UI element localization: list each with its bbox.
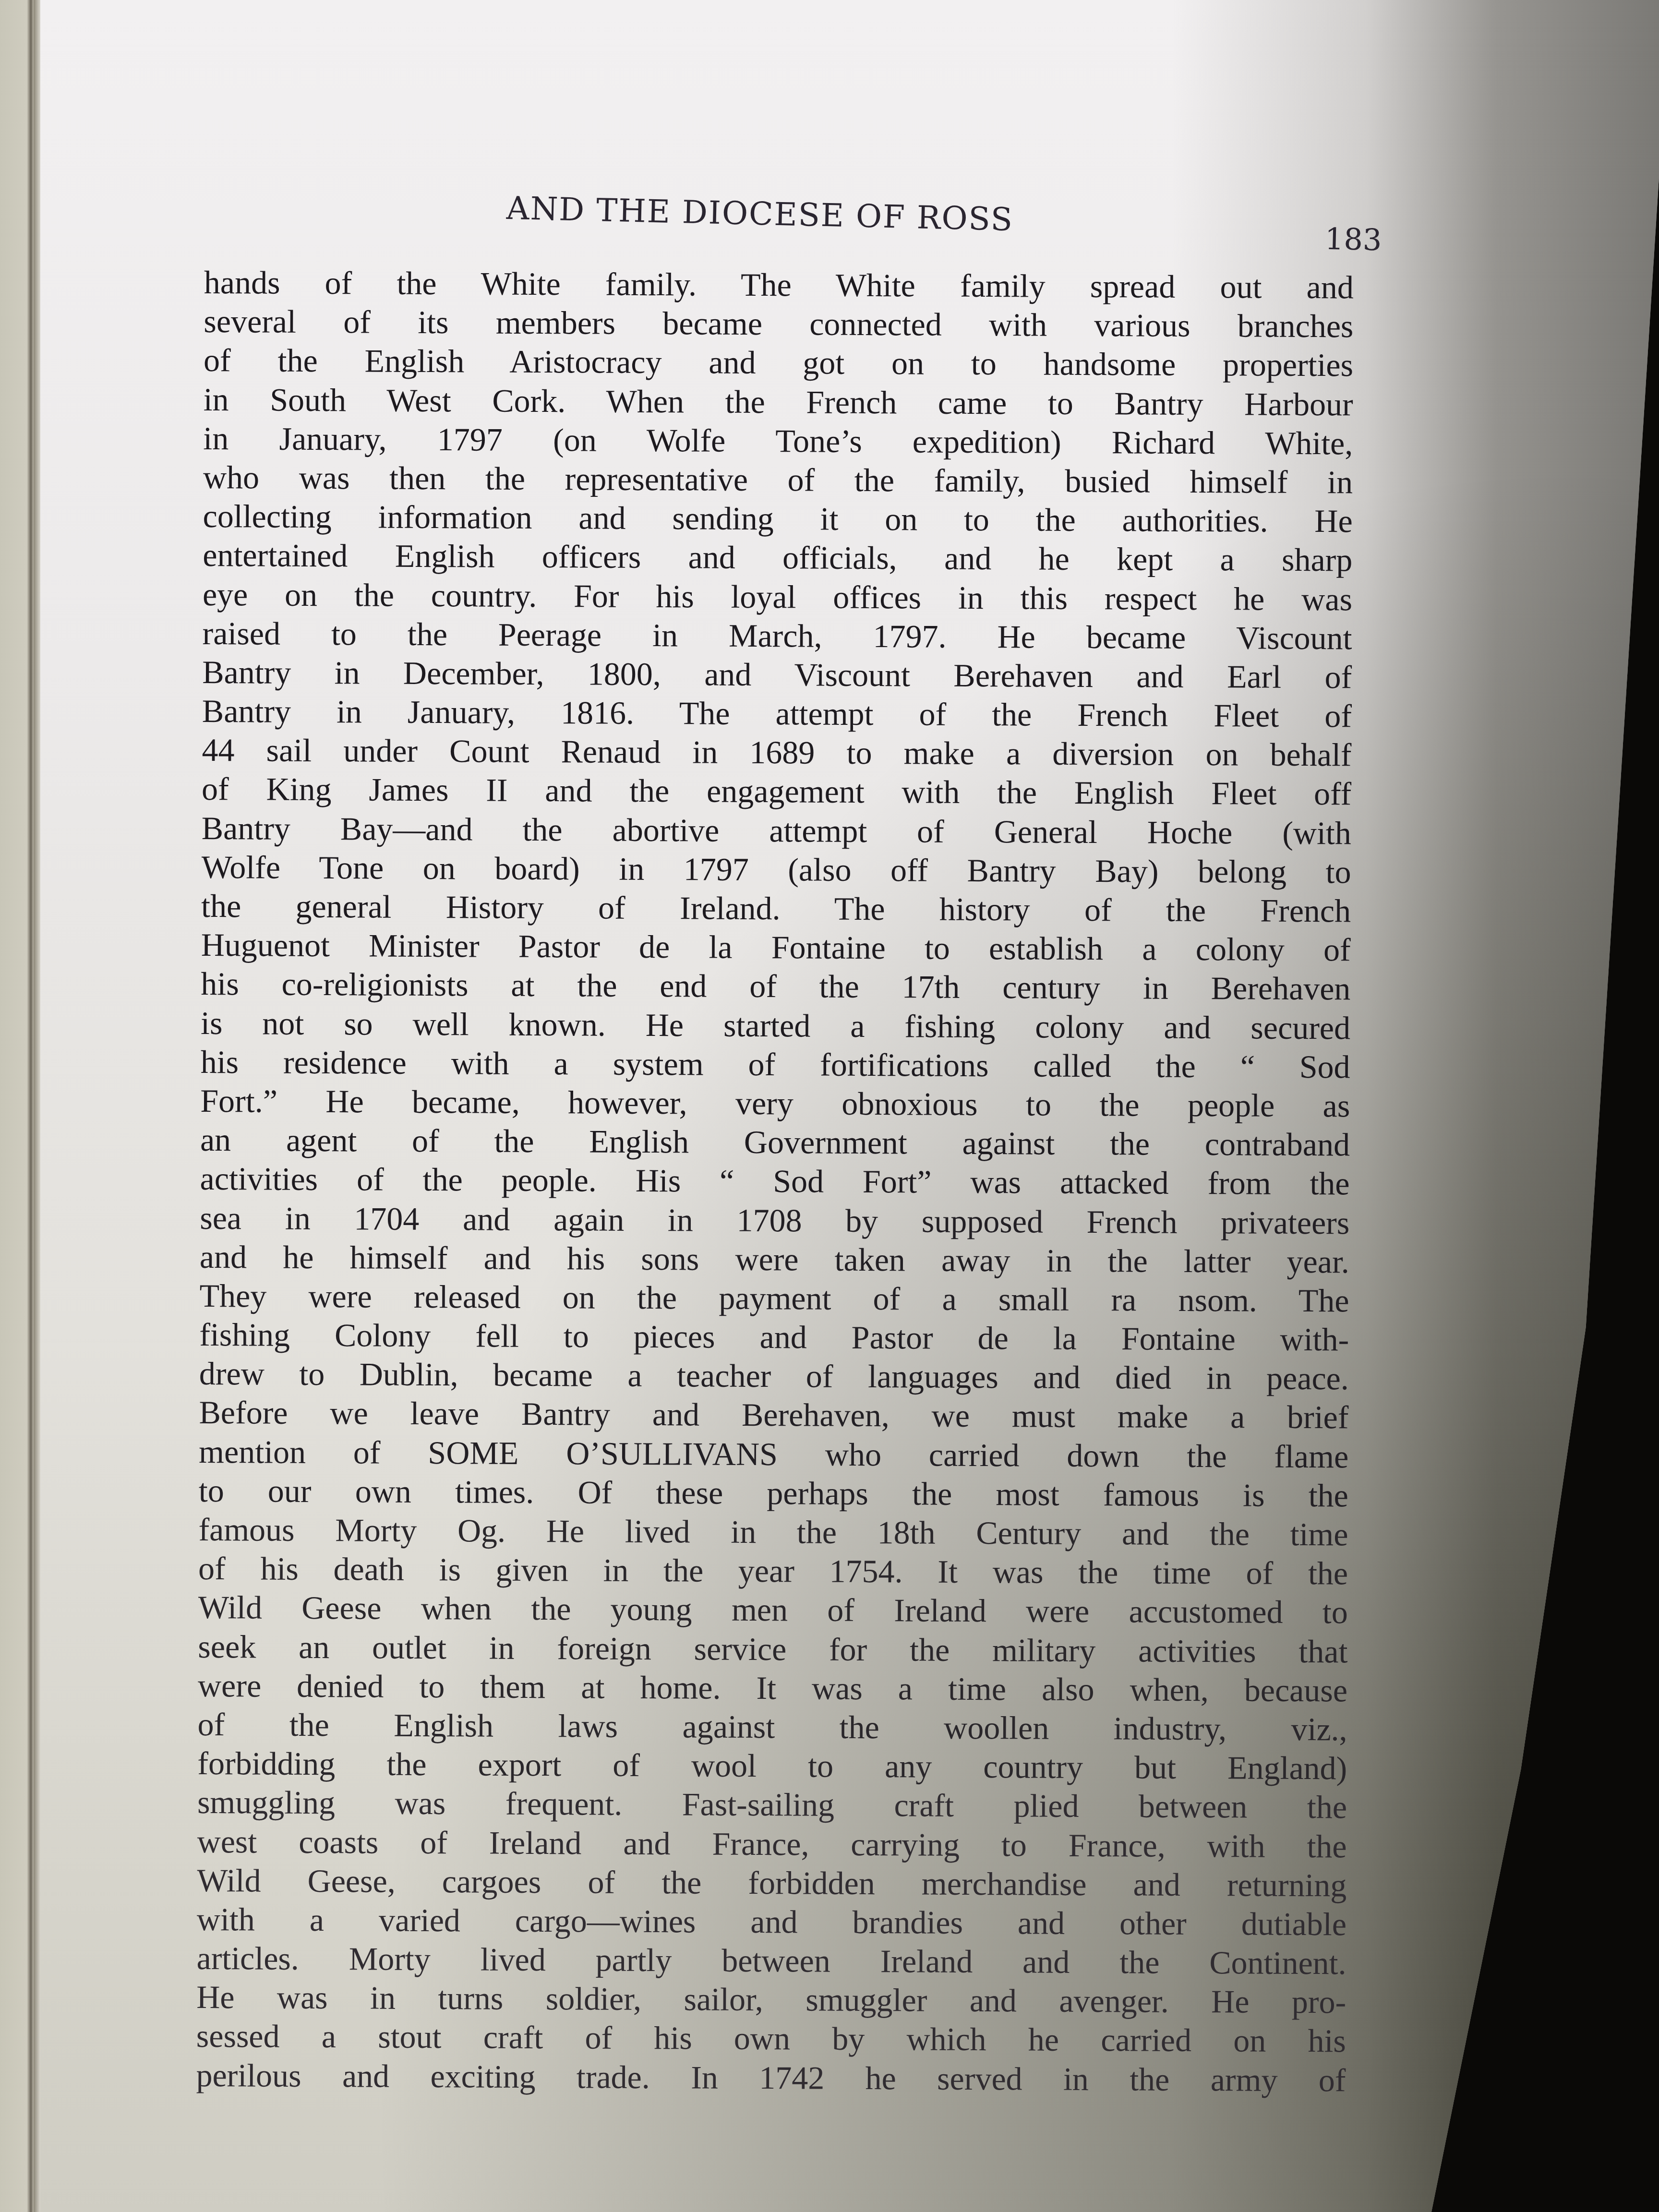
text-line: Wild Geese, cargoes of the forbidden mer… — [197, 1861, 1346, 1905]
text-line: several of its members became connected … — [204, 302, 1353, 346]
text-line: 44 sail under Count Renaud in 1689 to ma… — [202, 731, 1351, 775]
text-line: in January, 1797 (on Wolfe Tone’s expedi… — [203, 419, 1353, 463]
text-line: raised to the Peerage in March, 1797. He… — [202, 614, 1352, 658]
text-line: mention of SOME O’SULLIVANS who carried … — [199, 1432, 1348, 1477]
text-line: forbidding the export of wool to any cou… — [197, 1744, 1347, 1788]
text-line: Bantry in December, 1800, and Viscount B… — [202, 653, 1352, 697]
text-line: activities of the people. His “ Sod Fort… — [200, 1159, 1349, 1203]
text-line: of the English Aristocracy and got on to… — [204, 341, 1353, 385]
text-line: to our own times. Of these perhaps the m… — [199, 1471, 1348, 1515]
text-line: articles. Morty lived partly between Ire… — [196, 1939, 1346, 1983]
text-line: were denied to them at home. It was a ti… — [198, 1666, 1347, 1710]
text-line: Wild Geese when the young men of Ireland… — [198, 1588, 1348, 1632]
book-cover-edge — [0, 0, 34, 2212]
text-line: Bantry Bay—and the abortive attempt of G… — [202, 809, 1351, 853]
text-line: with a varied cargo—wines and brandies a… — [197, 1900, 1346, 1944]
text-line: drew to Dublin, became a teacher of lang… — [199, 1354, 1349, 1398]
text-line: Fort.” He became, however, very obnoxiou… — [200, 1082, 1350, 1126]
text-line: who was then the representative of the f… — [203, 458, 1353, 502]
body-text: hands of the White family. The White fam… — [196, 263, 1354, 2100]
text-line: collecting information and sending it on… — [203, 497, 1353, 541]
text-line: They were released on the payment of a s… — [199, 1276, 1349, 1321]
text-line: He was in turns soldier, sailor, smuggle… — [196, 1978, 1346, 2022]
text-line: Before we leave Bantry and Berehaven, we… — [199, 1393, 1348, 1437]
text-line: eye on the country. For his loyal office… — [203, 575, 1352, 619]
text-line: is not so well known. He started a fishi… — [201, 1004, 1350, 1048]
text-line: west coasts of Ireland and France, carry… — [197, 1822, 1346, 1866]
text-line: his co-religionists at the end of the 17… — [201, 964, 1350, 1009]
text-line: fishing Colony fell to pieces and Pastor… — [199, 1315, 1349, 1359]
text-line: seek an outlet in foreign service for th… — [198, 1627, 1347, 1671]
text-line: perilous and exciting trade. In 1742 he … — [196, 2056, 1346, 2100]
text-line: his residence with a system of fortifica… — [201, 1043, 1350, 1087]
text-line: smuggling was frequent. Fast-sailing cra… — [197, 1783, 1347, 1827]
text-line: Huguenot Minister Pastor de la Fontaine … — [201, 926, 1351, 970]
text-line: of his death is given in the year 1754. … — [198, 1549, 1348, 1593]
text-line: in South West Cork. When the French came… — [204, 380, 1353, 424]
text-line: sessed a stout craft of his own by which… — [196, 2017, 1346, 2061]
text-line: famous Morty Og. He lived in the 18th Ce… — [198, 1510, 1348, 1554]
text-line: Wolfe Tone on board) in 1797 (also off B… — [201, 848, 1351, 892]
text-line: and he himself and his sons were taken a… — [200, 1238, 1349, 1282]
text-line: Bantry in January, 1816. The attempt of … — [202, 692, 1352, 736]
text-line: the general History of Ireland. The hist… — [201, 887, 1351, 931]
text-line: hands of the White family. The White fam… — [204, 263, 1354, 307]
book-page-photo: AND THE DIOCESE OF ROSS 183 hands of the… — [0, 0, 1659, 2212]
text-line: an agent of the English Government again… — [200, 1120, 1350, 1165]
page-number: 183 — [1324, 221, 1382, 258]
text-line: of King James II and the engagement with… — [202, 769, 1351, 814]
text-line: of the English laws against the woollen … — [198, 1705, 1347, 1749]
text-line: entertained English officers and officia… — [203, 536, 1352, 580]
text-line: sea in 1704 and again in 1708 by suppose… — [200, 1198, 1349, 1242]
